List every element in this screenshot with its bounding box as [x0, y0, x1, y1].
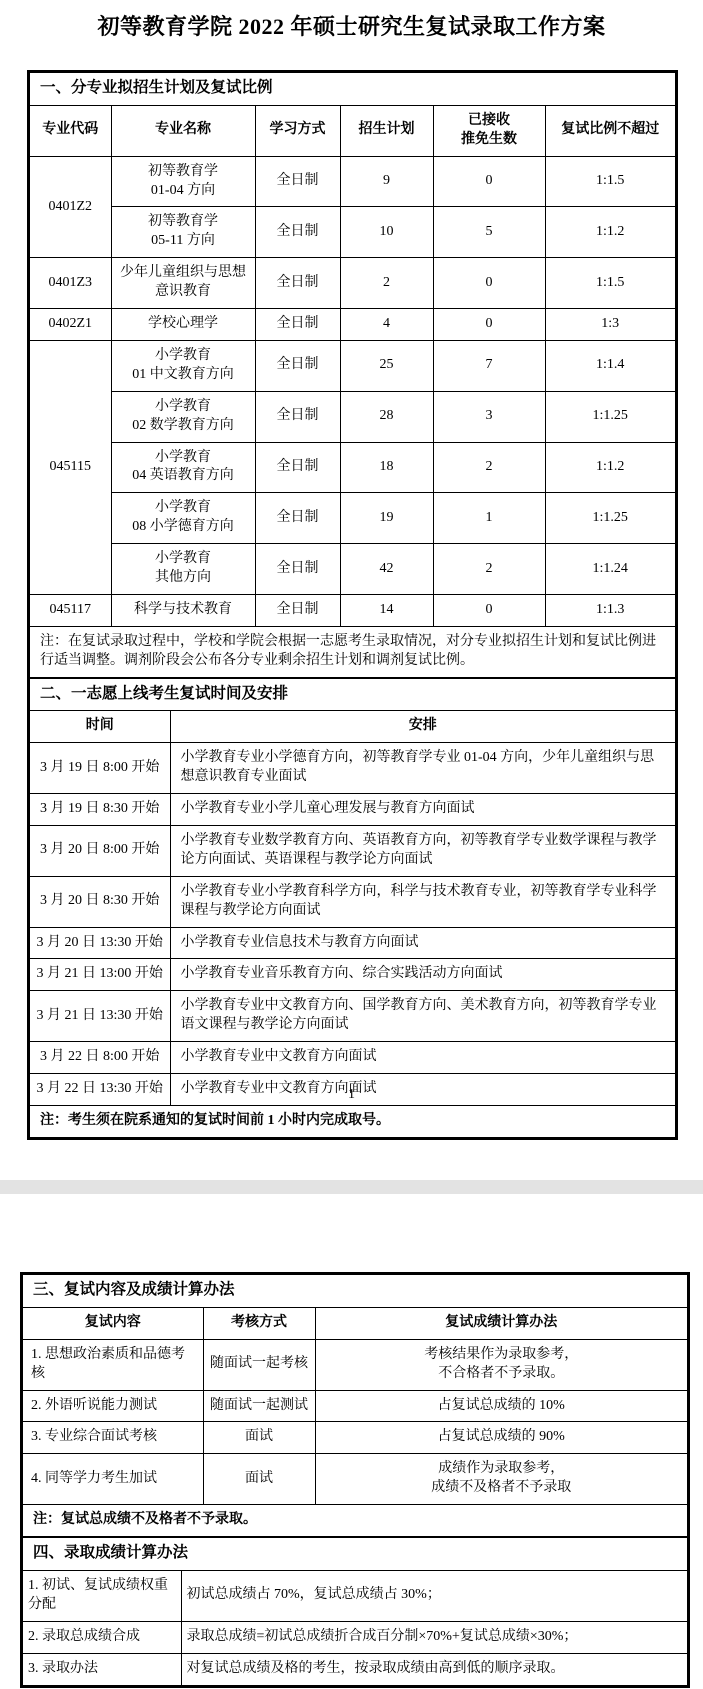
table-row: 0401Z2初等教育学 01-04 方向全日制901:1.5	[30, 156, 675, 207]
table-row: 1. 初试、复试成绩权重分配初试总成绩占 70%，复试总成绩占 30%；	[23, 1571, 687, 1621]
section3-heading: 三、复试内容及成绩计算办法	[23, 1275, 687, 1308]
table-cell: 0401Z2	[30, 156, 111, 258]
table-row: 2. 外语听说能力测试随面试一起测试占复试总成绩的 10%	[23, 1390, 687, 1422]
page1-table-block: 一、分专业拟招生计划及复试比例 专业代码 专业名称 学习方式 招生计划 已接收 …	[27, 70, 678, 1140]
column-header-score-calc: 复试成绩计算办法	[315, 1308, 687, 1339]
table-cell: 3 月 20 日 13:30 开始	[30, 927, 170, 959]
table-cell: 全日制	[255, 258, 340, 309]
table-cell: 初等教育学 01-04 方向	[111, 156, 255, 207]
table-cell: 1:1.2	[545, 207, 675, 258]
table-cell: 考核结果作为录取参考， 不合格者不予录取。	[315, 1339, 687, 1390]
table-cell: 1:1.3	[545, 594, 675, 626]
table-cell: 10	[340, 207, 433, 258]
table-cell: 科学与技术教育	[111, 594, 255, 626]
column-header-enroll-plan: 招生计划	[340, 106, 433, 156]
table-cell: 小学教育专业小学德育方向，初等教育学专业 01-04 方向，少年儿童组织与思想意…	[170, 743, 675, 794]
table-cell: 全日制	[255, 442, 340, 493]
enrollment-table-body: 0401Z2初等教育学 01-04 方向全日制901:1.5初等教育学 05-1…	[30, 156, 675, 626]
table-cell: 1. 思想政治素质和品德考核	[23, 1339, 203, 1390]
table-cell: 4	[340, 309, 433, 341]
table-cell: 小学教育专业小学儿童心理发展与教育方向面试	[170, 794, 675, 826]
table-cell: 2. 录取总成绩合成	[23, 1621, 181, 1653]
table-cell: 3 月 20 日 8:30 开始	[30, 876, 170, 927]
table-cell: 1:1.2	[545, 442, 675, 493]
table-cell: 3. 专业综合面试考核	[23, 1422, 203, 1454]
column-header-time: 时间	[30, 711, 170, 742]
table-cell: 0	[433, 594, 545, 626]
table-cell: 2	[433, 544, 545, 595]
table-cell: 全日制	[255, 156, 340, 207]
table-cell: 045115	[30, 340, 111, 594]
table-row: 3 月 19 日 8:30 开始小学教育专业小学儿童心理发展与教育方向面试	[30, 794, 675, 826]
table-cell: 全日制	[255, 391, 340, 442]
table-cell: 小学教育 04 英语教育方向	[111, 442, 255, 493]
table-cell: 18	[340, 442, 433, 493]
table-cell: 25	[340, 340, 433, 391]
table-cell: 小学教育 01 中文教育方向	[111, 340, 255, 391]
column-header-major-name: 专业名称	[111, 106, 255, 156]
page-number: 1	[0, 1086, 703, 1105]
schedule-table-body: 3 月 19 日 8:00 开始小学教育专业小学德育方向，初等教育学专业 01-…	[30, 743, 675, 1106]
table-cell: 1:1.24	[545, 544, 675, 595]
table-cell: 小学教育专业小学教育科学方向，科学与技术教育专业，初等教育学专业科学课程与教学论…	[170, 876, 675, 927]
table-cell: 面试	[203, 1454, 315, 1505]
section1-note: 注：在复试录取过程中，学校和学院会根据一志愿考生录取情况，对分专业拟招生计划和复…	[30, 627, 675, 677]
column-header-ratio: 复试比例不超过	[545, 106, 675, 156]
section4-heading: 四、录取成绩计算办法	[23, 1536, 687, 1571]
table-cell: 0	[433, 309, 545, 341]
table-cell: 0401Z3	[30, 258, 111, 309]
table-row: 0402Z1学校心理学全日制401:3	[30, 309, 675, 341]
table-cell: 5	[433, 207, 545, 258]
table-cell: 9	[340, 156, 433, 207]
table-row: 小学教育 08 小学德育方向全日制1911:1.25	[30, 493, 675, 544]
table-cell: 小学教育专业信息技术与教育方向面试	[170, 927, 675, 959]
table-cell: 3 月 22 日 8:00 开始	[30, 1042, 170, 1074]
admission-table-body: 1. 初试、复试成绩权重分配初试总成绩占 70%，复试总成绩占 30%；2. 录…	[23, 1571, 687, 1685]
table-cell: 少年儿童组织与思想 意识教育	[111, 258, 255, 309]
table-cell: 全日制	[255, 207, 340, 258]
table-row: 3 月 20 日 8:30 开始小学教育专业小学教育科学方向，科学与技术教育专业…	[30, 876, 675, 927]
table-cell: 小学教育 其他方向	[111, 544, 255, 595]
table-cell: 小学教育 08 小学德育方向	[111, 493, 255, 544]
table-cell: 3 月 19 日 8:30 开始	[30, 794, 170, 826]
section3-note: 注：复试总成绩不及格者不予录取。	[23, 1505, 687, 1536]
table-cell: 3. 录取办法	[23, 1653, 181, 1684]
table-header-row: 专业代码 专业名称 学习方式 招生计划 已接收 推免生数 复试比例不超过	[30, 106, 675, 156]
table-cell: 小学教育专业音乐教育方向、综合实践活动方向面试	[170, 959, 675, 991]
section2-note: 注：考生须在院系通知的复试时间前 1 小时内完成取号。	[30, 1106, 675, 1137]
table-cell: 小学教育 02 数学教育方向	[111, 391, 255, 442]
table-cell: 小学教育专业中文教育方向、国学教育方向、美术教育方向，初等教育学专业语文课程与教…	[170, 991, 675, 1042]
page-separator	[0, 1180, 703, 1194]
table-cell: 3 月 20 日 8:00 开始	[30, 826, 170, 877]
table-cell: 学校心理学	[111, 309, 255, 341]
column-header-arrangement: 安排	[170, 711, 675, 742]
table-cell: 3	[433, 391, 545, 442]
table-cell: 3 月 21 日 13:00 开始	[30, 959, 170, 991]
table-cell: 0	[433, 156, 545, 207]
table-cell: 28	[340, 391, 433, 442]
table-header-row: 时间 安排	[30, 711, 675, 742]
table-cell: 2. 外语听说能力测试	[23, 1390, 203, 1422]
table-row: 045117科学与技术教育全日制1401:1.3	[30, 594, 675, 626]
table-cell: 0402Z1	[30, 309, 111, 341]
table-cell: 小学教育专业中文教育方向面试	[170, 1042, 675, 1074]
document-title: 初等教育学院 2022 年硕士研究生复试录取工作方案	[0, 12, 703, 42]
table-row: 小学教育 其他方向全日制4221:1.24	[30, 544, 675, 595]
table-cell: 1:1.25	[545, 391, 675, 442]
table-row: 3 月 21 日 13:00 开始小学教育专业音乐教育方向、综合实践活动方向面试	[30, 959, 675, 991]
section2-heading: 二、一志愿上线考生复试时间及安排	[30, 677, 675, 712]
table-cell: 全日制	[255, 309, 340, 341]
table-cell: 1:1.25	[545, 493, 675, 544]
table-row: 3 月 19 日 8:00 开始小学教育专业小学德育方向，初等教育学专业 01-…	[30, 743, 675, 794]
table-row: 小学教育 02 数学教育方向全日制2831:1.25	[30, 391, 675, 442]
table-cell: 1	[433, 493, 545, 544]
table-cell: 14	[340, 594, 433, 626]
table-cell: 随面试一起测试	[203, 1390, 315, 1422]
table-cell: 045117	[30, 594, 111, 626]
table-cell: 1:1.5	[545, 258, 675, 309]
table-cell: 1. 初试、复试成绩权重分配	[23, 1571, 181, 1621]
table-row: 2. 录取总成绩合成录取总成绩=初试总成绩折合成百分制×70%+复试总成绩×30…	[23, 1621, 687, 1653]
reexam-table-body: 1. 思想政治素质和品德考核随面试一起考核考核结果作为录取参考， 不合格者不予录…	[23, 1339, 687, 1504]
column-header-study-mode: 学习方式	[255, 106, 340, 156]
table-cell: 7	[433, 340, 545, 391]
table-cell: 成绩作为录取参考， 成绩不及格者不予录取	[315, 1454, 687, 1505]
table-header-row: 复试内容 考核方式 复试成绩计算办法	[23, 1308, 687, 1339]
table-cell: 录取总成绩=初试总成绩折合成百分制×70%+复试总成绩×30%；	[181, 1621, 687, 1653]
table-row: 1. 思想政治素质和品德考核随面试一起考核考核结果作为录取参考， 不合格者不予录…	[23, 1339, 687, 1390]
table-cell: 2	[340, 258, 433, 309]
table-row: 小学教育 04 英语教育方向全日制1821:1.2	[30, 442, 675, 493]
table-cell: 小学教育专业数学教育方向、英语教育方向，初等教育学专业数学课程与教学论方向面试、…	[170, 826, 675, 877]
table-cell: 1:1.5	[545, 156, 675, 207]
enrollment-plan-table: 专业代码 专业名称 学习方式 招生计划 已接收 推免生数 复试比例不超过 040…	[30, 106, 675, 627]
table-row: 3 月 21 日 13:30 开始小学教育专业中文教育方向、国学教育方向、美术教…	[30, 991, 675, 1042]
page2-table-block: 三、复试内容及成绩计算办法 复试内容 考核方式 复试成绩计算办法 1. 思想政治…	[20, 1272, 690, 1688]
table-row: 3. 录取办法对复试总成绩及格的考生，按录取成绩由高到低的顺序录取。	[23, 1653, 687, 1684]
table-cell: 随面试一起考核	[203, 1339, 315, 1390]
section1-heading: 一、分专业拟招生计划及复试比例	[30, 73, 675, 106]
table-row: 0401Z3少年儿童组织与思想 意识教育全日制201:1.5	[30, 258, 675, 309]
table-row: 3 月 22 日 8:00 开始小学教育专业中文教育方向面试	[30, 1042, 675, 1074]
table-cell: 42	[340, 544, 433, 595]
table-cell: 2	[433, 442, 545, 493]
table-cell: 4. 同等学力考生加试	[23, 1454, 203, 1505]
table-cell: 1:3	[545, 309, 675, 341]
column-header-exempt-count: 已接收 推免生数	[433, 106, 545, 156]
table-cell: 占复试总成绩的 90%	[315, 1422, 687, 1454]
reexam-content-table: 复试内容 考核方式 复试成绩计算办法 1. 思想政治素质和品德考核随面试一起考核…	[23, 1308, 687, 1505]
table-cell: 占复试总成绩的 10%	[315, 1390, 687, 1422]
table-cell: 对复试总成绩及格的考生，按录取成绩由高到低的顺序录取。	[181, 1653, 687, 1684]
table-row: 3. 专业综合面试考核面试占复试总成绩的 90%	[23, 1422, 687, 1454]
interview-schedule-table: 时间 安排 3 月 19 日 8:00 开始小学教育专业小学德育方向，初等教育学…	[30, 711, 675, 1105]
table-row: 4. 同等学力考生加试面试成绩作为录取参考， 成绩不及格者不予录取	[23, 1454, 687, 1505]
table-row: 初等教育学 05-11 方向全日制1051:1.2	[30, 207, 675, 258]
table-cell: 全日制	[255, 594, 340, 626]
table-row: 3 月 20 日 8:00 开始小学教育专业数学教育方向、英语教育方向，初等教育…	[30, 826, 675, 877]
table-row: 3 月 20 日 13:30 开始小学教育专业信息技术与教育方向面试	[30, 927, 675, 959]
column-header-method: 考核方式	[203, 1308, 315, 1339]
table-cell: 初等教育学 05-11 方向	[111, 207, 255, 258]
column-header-major-code: 专业代码	[30, 106, 111, 156]
table-cell: 全日制	[255, 340, 340, 391]
table-cell: 3 月 19 日 8:00 开始	[30, 743, 170, 794]
table-cell: 全日制	[255, 544, 340, 595]
table-cell: 3 月 21 日 13:30 开始	[30, 991, 170, 1042]
table-cell: 全日制	[255, 493, 340, 544]
table-cell: 0	[433, 258, 545, 309]
admission-score-table: 1. 初试、复试成绩权重分配初试总成绩占 70%，复试总成绩占 30%；2. 录…	[23, 1571, 687, 1685]
table-cell: 初试总成绩占 70%，复试总成绩占 30%；	[181, 1571, 687, 1621]
table-cell: 面试	[203, 1422, 315, 1454]
table-cell: 19	[340, 493, 433, 544]
table-cell: 1:1.4	[545, 340, 675, 391]
column-header-content: 复试内容	[23, 1308, 203, 1339]
table-row: 045115小学教育 01 中文教育方向全日制2571:1.4	[30, 340, 675, 391]
